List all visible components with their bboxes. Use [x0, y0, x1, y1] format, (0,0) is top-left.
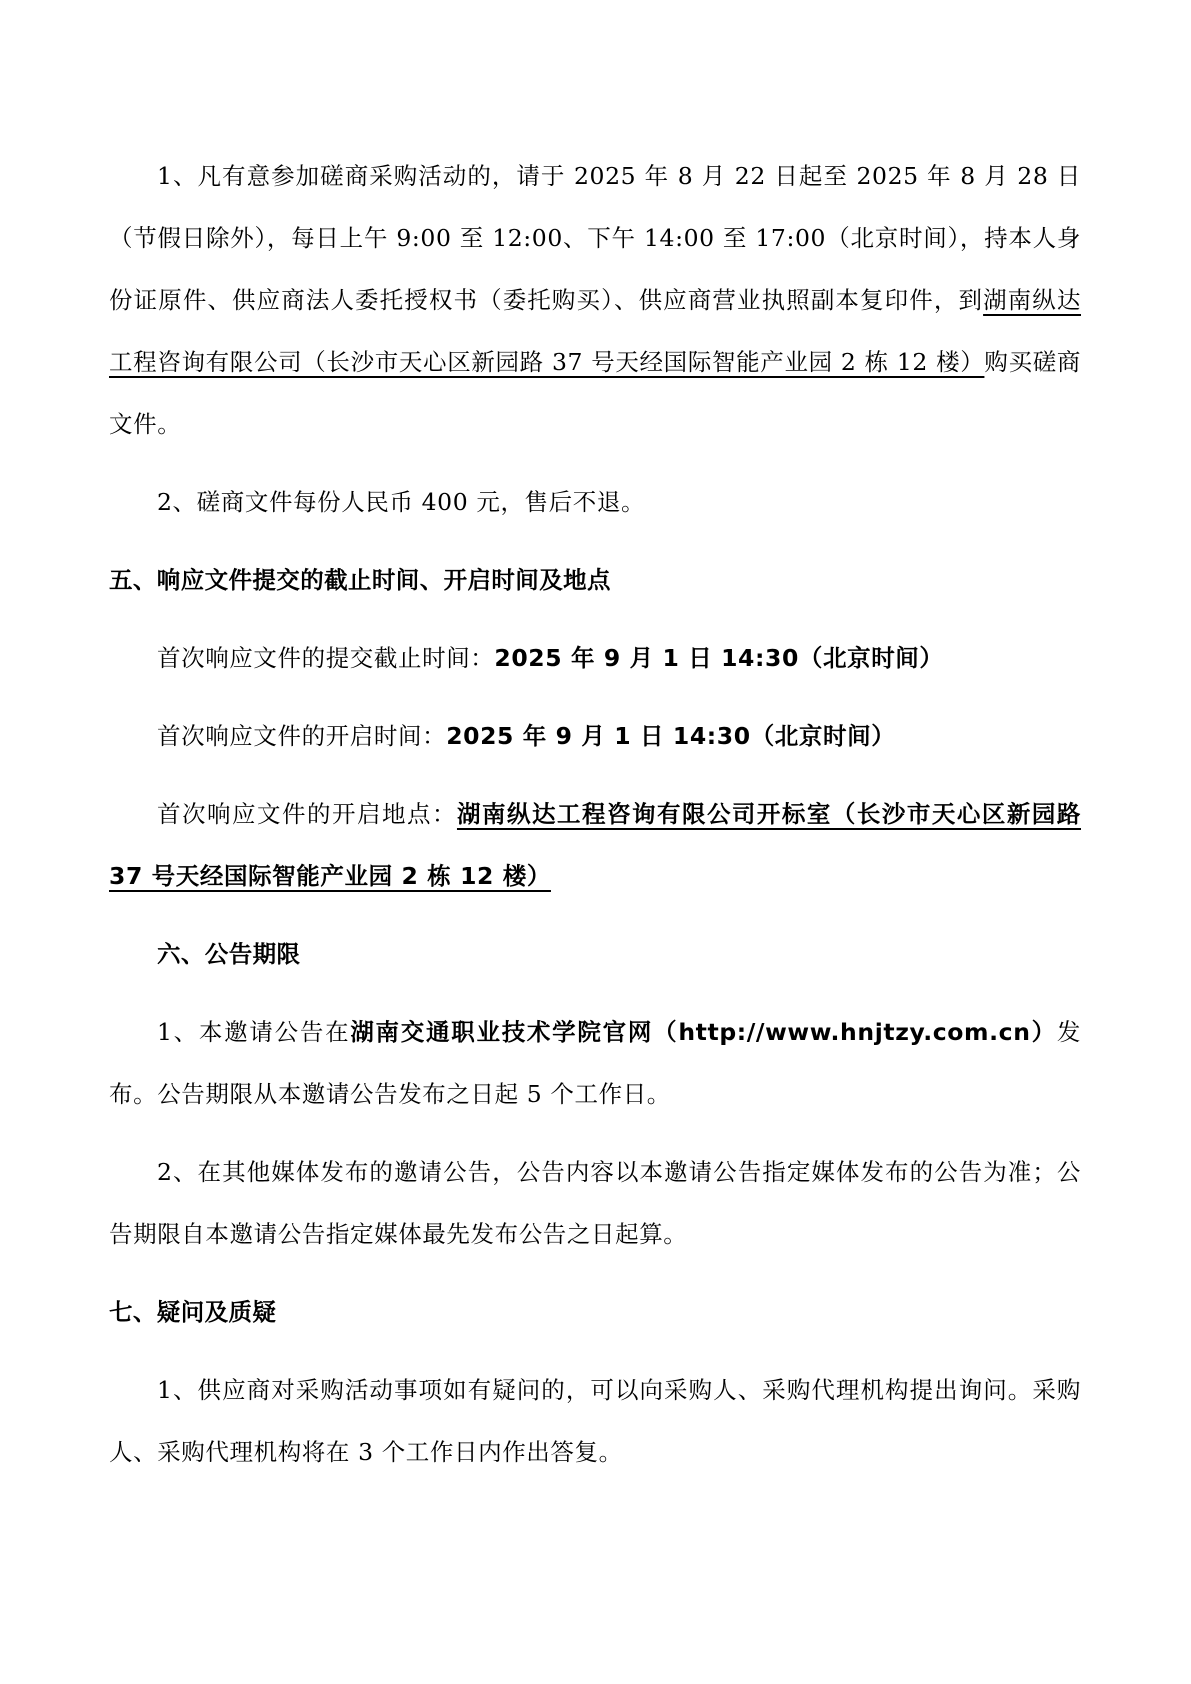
opening-place-label: 首次响应文件的开启地点：: [157, 800, 457, 828]
announcement-media-name: 湖南交通职业技术学院官网: [350, 1018, 653, 1046]
announcement-media-url: （http://www.hnjtzy.com.cn）: [653, 1018, 1057, 1046]
section-7-heading: 七、疑问及质疑: [109, 1281, 1081, 1343]
opening-place-paragraph: 首次响应文件的开启地点：湖南纵达工程咨询有限公司开标室（长沙市天心区新园路 37…: [109, 783, 1081, 907]
purchase-instructions-text: 1、凡有意参加磋商采购活动的，请于 2025 年 8 月 22 日起至 2025…: [109, 162, 1081, 314]
submission-deadline-paragraph: 首次响应文件的提交截止时间：2025 年 9 月 1 日 14:30（北京时间）: [109, 627, 1081, 689]
section-5-heading: 五、响应文件提交的截止时间、开启时间及地点: [109, 549, 1081, 611]
opening-time-paragraph: 首次响应文件的开启时间：2025 年 9 月 1 日 14:30（北京时间）: [109, 705, 1081, 767]
announcement-media-pre: 1、本邀请公告在: [157, 1018, 350, 1046]
purchase-instructions-paragraph: 1、凡有意参加磋商采购活动的，请于 2025 年 8 月 22 日起至 2025…: [109, 145, 1081, 455]
opening-time-value: 2025 年 9 月 1 日 14:30（北京时间）: [446, 722, 895, 750]
section-6-heading: 六、公告期限: [109, 923, 1081, 985]
submission-deadline-label: 首次响应文件的提交截止时间：: [157, 644, 494, 672]
document-price-paragraph: 2、磋商文件每份人民币 400 元，售后不退。: [109, 471, 1081, 533]
document-page: 1、凡有意参加磋商采购活动的，请于 2025 年 8 月 22 日起至 2025…: [109, 145, 1081, 1499]
inquiry-paragraph: 1、供应商对采购活动事项如有疑问的，可以向采购人、采购代理机构提出询问。采购人、…: [109, 1359, 1081, 1483]
opening-time-label: 首次响应文件的开启时间：: [157, 722, 446, 750]
other-media-paragraph: 2、在其他媒体发布的邀请公告，公告内容以本邀请公告指定媒体发布的公告为准；公告期…: [109, 1141, 1081, 1265]
submission-deadline-value: 2025 年 9 月 1 日 14:30（北京时间）: [494, 644, 943, 672]
announcement-media-paragraph: 1、本邀请公告在湖南交通职业技术学院官网（http://www.hnjtzy.c…: [109, 1001, 1081, 1125]
